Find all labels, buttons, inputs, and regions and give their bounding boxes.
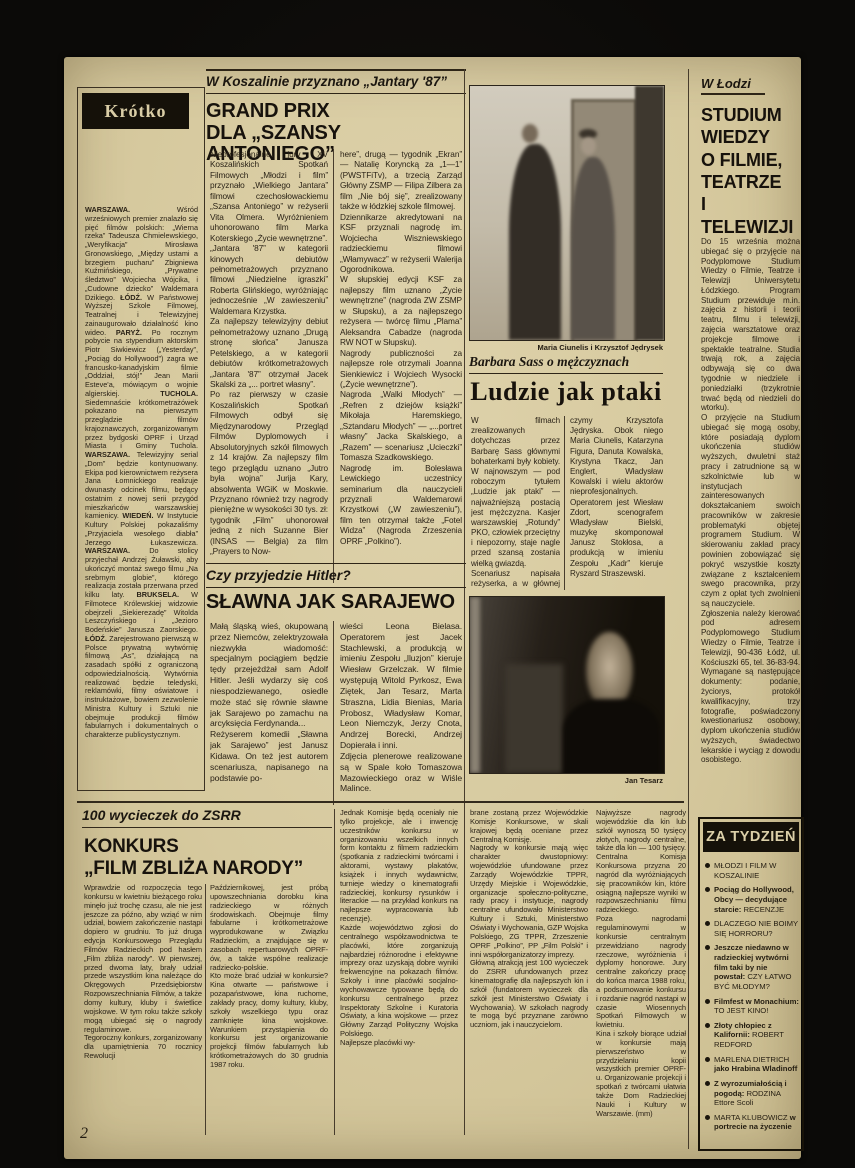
- photo-jan-tesarz: [469, 596, 665, 774]
- sass-kicker: Barbara Sass o mężczyznach: [469, 354, 663, 374]
- sass-column-2: czymy Krzysztofa Jędryska. Obok niego Ma…: [570, 416, 663, 590]
- konkurs-column-5: Najwyższe nagrody wojewódzkie dla kin lu…: [596, 809, 686, 1135]
- hitler-kicker: Czy przyjedzie Hitler?: [206, 563, 466, 588]
- sass-headline: Ludzie jak ptaki: [469, 377, 663, 407]
- sarajewo-column-1: Małą śląską wieś, okupowaną przez Niemcó…: [210, 621, 328, 805]
- krotko-section: Krótko WARSZAWA. Wśród wrześniowych prem…: [77, 87, 205, 791]
- bullet-icon: [705, 1023, 710, 1028]
- list-item: MŁODZI I FILM W KOSZALINIE: [705, 861, 799, 880]
- konkurs-column-1: Wprawdzie od rozpoczęcia tego konkursu w…: [84, 884, 202, 1135]
- photo1-man-head: [522, 124, 538, 143]
- list-item: Filmfest w Monachium: TO JEST KINO!: [705, 997, 799, 1016]
- bullet-icon: [705, 921, 710, 926]
- column-rule: [333, 149, 334, 583]
- konkurs-column-3: Jednak Komisje będą oceniały nie tylko p…: [340, 809, 458, 1135]
- column-rule: [464, 809, 465, 1135]
- konkurs-column-4: brane zostaną przez Wojewódzkie Komisje …: [470, 809, 588, 1135]
- list-item: MARTA KLUBOWICZ w portrecie na życzenie: [705, 1113, 799, 1132]
- bullet-icon: [705, 1115, 710, 1120]
- sarajewo-headline: SŁAWNA JAK SARAJEWO: [206, 591, 466, 614]
- konkurs-kicker: 100 wycieczek do ZSRR: [82, 807, 332, 828]
- photo2-midground-shape: [505, 664, 563, 773]
- photo2-shoulder-shape: [563, 699, 660, 774]
- photo2-caption: Jan Tesarz: [469, 776, 663, 785]
- krotko-title: Krótko: [105, 101, 167, 122]
- photo-maria-ciunelis-krzysztof-jedrysek: [469, 85, 665, 341]
- photo2-face: [586, 632, 633, 709]
- jantary-kicker: W Koszalinie przyznano „Jantary '87”: [206, 69, 466, 94]
- jantary-column-1: Nieprofesjonalne jury XV Koszalińskich S…: [210, 149, 328, 583]
- photo1-woman-head: [581, 137, 596, 155]
- krotko-body-text: WARSZAWA. Wśród wrześniowych premier zna…: [85, 206, 198, 783]
- za-tydzien-section: ZA TYDZIEŃ MŁODZI I FILM W KOSZALINIE Po…: [698, 817, 804, 1151]
- photo2-light-edge: [470, 597, 480, 773]
- column-rule: [688, 69, 689, 1149]
- sarajewo-column-2: wieści Leona Bielasa. Operatorem jest Ja…: [340, 621, 462, 805]
- konkurs-headline: KONKURS „FILM ZBLIŻA NARODY”: [84, 836, 336, 881]
- newspaper-page: Krótko WARSZAWA. Wśród wrześniowych prem…: [64, 57, 801, 1159]
- bullet-icon: [705, 1081, 710, 1086]
- bullet-icon: [705, 887, 710, 892]
- list-item: Pociąg do Hollywood, Obcy — decydujące s…: [705, 885, 799, 914]
- list-item: MARLENA DIETRICH jako Hrabina Wladinoff: [705, 1055, 799, 1074]
- konkurs-column-2: Październikowej, jest próbą upowszechnia…: [210, 884, 328, 1135]
- list-item: Z wyrozumiałością i pogodą: RODZINA Etto…: [705, 1079, 799, 1108]
- page-number: 2: [80, 1125, 88, 1143]
- krotko-header-box: Krótko: [82, 93, 189, 129]
- column-rule: [205, 884, 206, 1135]
- photo1-woman-figure: [571, 157, 616, 340]
- bullet-icon: [705, 999, 710, 1004]
- studium-body-text: Do 15 września można ubiegać się o przyj…: [701, 237, 800, 815]
- photo1-door-shape: [635, 86, 664, 340]
- list-item: Jeszcze niedawno w radzieckiej wytwórni …: [705, 943, 799, 991]
- za-tydzien-header-box: ZA TYDZIEŃ: [703, 822, 799, 852]
- za-tydzien-title: ZA TYDZIEŃ: [706, 829, 796, 845]
- column-rule: [564, 416, 565, 590]
- column-rule: [333, 621, 334, 805]
- list-item: DLACZEGO NIE BOIMY SIĘ HORRORU?: [705, 919, 799, 938]
- bullet-icon: [705, 863, 710, 868]
- lodz-kicker: W Łodzi: [701, 76, 765, 95]
- bullet-icon: [705, 1057, 710, 1062]
- bullet-icon: [705, 945, 710, 950]
- photo1-man-figure: [509, 144, 561, 340]
- sass-column-1: W filmach zrealizowanych dotychczas prze…: [471, 416, 560, 590]
- studium-headline: STUDIUM WIEDZY O FILMIE, TEATRZE I TELEW…: [701, 104, 801, 238]
- column-rule: [464, 69, 465, 816]
- list-item: Złoty chłopiec z Kalifornii: ROBERT REDF…: [705, 1021, 799, 1050]
- jantary-column-2: here”, drugą — tygodnik „Ekran” — Natali…: [340, 149, 462, 583]
- column-rule: [334, 809, 335, 1135]
- section-divider: [77, 801, 684, 803]
- za-tydzien-list: MŁODZI I FILM W KOSZALINIE Pociąg do Hol…: [705, 861, 799, 1145]
- photo1-caption: Maria Ciunelis i Krzysztof Jędrysek: [469, 343, 663, 352]
